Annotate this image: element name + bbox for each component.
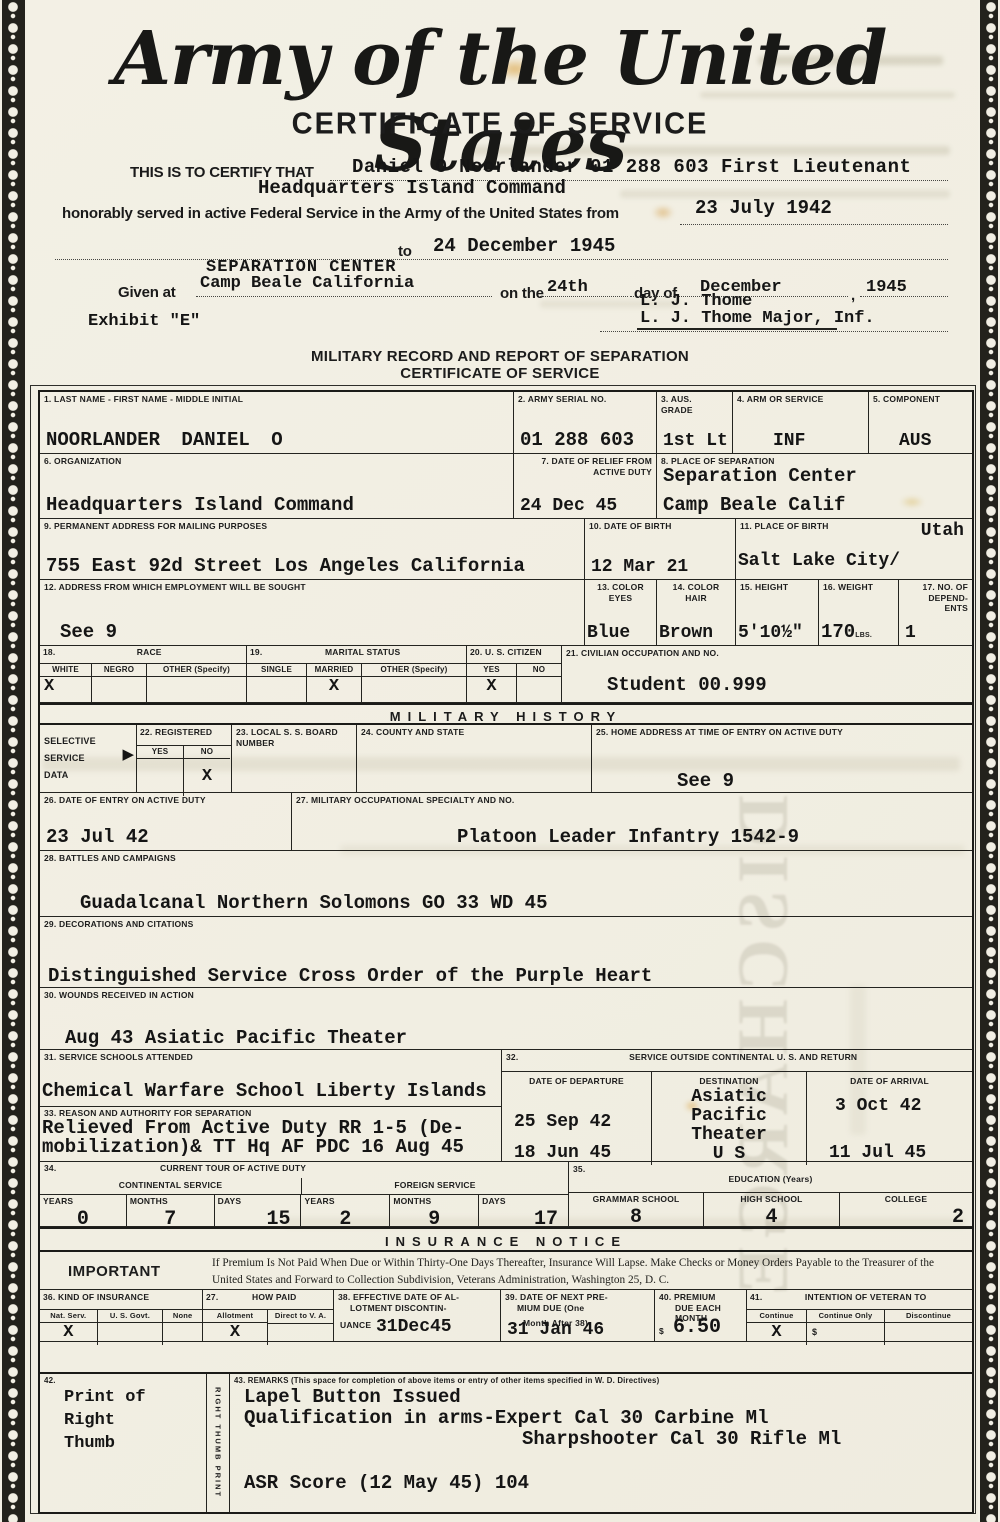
discontinuance-date-value: 31Dec45: [376, 1317, 452, 1337]
on-the-label: on the: [500, 285, 544, 302]
field-height: 15. HEIGHT 5'10½": [736, 580, 819, 645]
registered-no: NOX: [184, 746, 230, 796]
for-days: DAYS17: [479, 1195, 568, 1228]
ins-nat-serv-mark: X: [40, 1323, 97, 1342]
field-civilian-occupation: 21. CIVILIAN OCCUPATION AND NO. Student …: [562, 646, 972, 702]
field-weight: 16. WEIGHT 170LBS.: [819, 580, 899, 645]
important-line2: United States and Forward to Collection …: [212, 1272, 970, 1289]
citizen-yes-mark: X: [467, 677, 516, 696]
dotted-line: [540, 296, 628, 297]
arm-service-value: INF: [773, 431, 805, 451]
marital-married: MARRIEDX: [307, 664, 362, 704]
field-thumb-print: 42. Print of Right Thumb: [40, 1374, 207, 1512]
departure-1: 25 Sep 42: [514, 1112, 611, 1132]
serial-no-value: 01 288 603: [520, 429, 634, 451]
signature-underline: [637, 328, 837, 330]
field-effective-date-discontinuance: 38. EFFECTIVE DATE OF AL- LOTMENT DISCON…: [334, 1290, 501, 1341]
field-service-outside-us: 32.SERVICE OUTSIDE CONTINENTAL U. S. AND…: [502, 1050, 972, 1161]
weight-unit: LBS.: [855, 632, 872, 639]
important-notice: IMPORTANT If Premium Is Not Paid When Du…: [40, 1252, 972, 1289]
field-dependents: 17. NO. OF DEPEND- ENTS 1: [899, 580, 972, 645]
race-negro: NEGRO: [92, 664, 147, 704]
wounds-value: Aug 43 Asiatic Pacific Theater: [65, 1027, 407, 1049]
paid-direct-va: Direct to V. A.: [268, 1310, 333, 1345]
field-intention-of-veteran: 41.INTENTION OF VETERAN TO ContinueX Con…: [747, 1290, 972, 1341]
dotted-line: [55, 259, 948, 260]
field-date-entry-active-duty: 26. DATE OF ENTRY ON ACTIVE DUTY 23 Jul …: [40, 793, 292, 850]
place-line2: Camp Beale California: [200, 274, 414, 293]
edu-high-school: HIGH SCHOOL4: [704, 1193, 840, 1226]
color-hair-value: Brown: [659, 623, 713, 643]
field-race: 18.RACE WHITEX NEGRO OTHER (Specify): [40, 646, 247, 702]
organization-value: Headquarters Island Command: [46, 494, 354, 516]
separation-form-table: 1. LAST NAME - FIRST NAME - MIDDLE INITI…: [38, 390, 974, 1514]
field-local-board: 23. LOCAL S. S. BOARD NUMBER: [232, 725, 357, 792]
home-address-value: See 9: [677, 770, 734, 792]
permanent-address-value: 755 East 92d Street Los Angeles Californ…: [46, 555, 525, 577]
arrival-column: DATE OF ARRIVAL 3 Oct 42 11 Jul 45: [807, 1072, 972, 1165]
field-color-hair: 14. COLOR HAIR Brown: [657, 580, 736, 645]
reason-line2: mobilization)& TT Hq AF PDC 16 Aug 45: [42, 1136, 464, 1158]
dependents-value: 1: [905, 623, 916, 643]
certificate-of-service-document: DISCHARGE Army of the United States CERT…: [0, 0, 1000, 1522]
field-date-relief: 7. DATE OF RELIEF FROM ACTIVE DUTY 24 De…: [514, 454, 657, 518]
day-value: 24th: [547, 278, 588, 297]
premium-value: 6.50: [673, 1316, 721, 1339]
destination-4: U S: [652, 1145, 806, 1164]
dotted-line: [600, 331, 948, 332]
continental-service-header: CONTINENTAL SERVICE: [40, 1178, 302, 1194]
section-title-2: CERTIFICATE OF SERVICE: [0, 365, 1000, 382]
service-from-date: 23 July 1942: [695, 197, 832, 219]
destination-column: DESTINATION Asiatic Pacific Theater U S: [652, 1072, 807, 1165]
field-next-premium-due: 39. DATE OF NEXT PRE- MIUM DUE (One Mont…: [501, 1290, 655, 1341]
field-reason-separation: 33. REASON AND AUTHORITY FOR SEPARATION …: [40, 1107, 501, 1162]
thumb-line1: Print of: [64, 1386, 146, 1409]
for-months: MONTHS9: [390, 1195, 479, 1228]
empty-strip: [40, 1342, 972, 1374]
field-serial-no: 2. ARMY SERIAL NO. 01 288 603: [514, 392, 657, 453]
service-schools-value: Chemical Warfare School Liberty Islands: [42, 1080, 487, 1102]
continue-only-dollar: $: [807, 1323, 884, 1338]
paid-allotment-mark: X: [203, 1323, 267, 1342]
right-guilloche-border: [978, 0, 1000, 1522]
race-white: WHITEX: [40, 664, 92, 704]
destination-1: Asiatic: [652, 1088, 806, 1107]
field-organization: 6. ORGANIZATION Headquarters Island Comm…: [40, 454, 514, 518]
field-home-address-entry: 25. HOME ADDRESS AT TIME OF ENTRY ON ACT…: [592, 725, 972, 792]
intent-discontinue: Discontinue: [885, 1310, 972, 1345]
place-birth-state: Utah: [921, 521, 964, 541]
intent-continue-mark: X: [747, 1323, 806, 1342]
document-subtitle: CERTIFICATE OF SERVICE: [0, 107, 1000, 141]
military-history-band: MILITARY HISTORY: [40, 703, 972, 725]
dotted-line: [196, 296, 492, 297]
insurance-notice-band: INSURANCE NOTICE: [40, 1227, 972, 1252]
dollar-sign: $: [659, 1326, 664, 1337]
service-to-date: 24 December 1945: [433, 235, 615, 257]
ins-nat-serv: Nat. Serv.X: [40, 1310, 98, 1345]
section-title-1: MILITARY RECORD AND REPORT OF SEPARATION: [0, 348, 1000, 365]
cont-months: MONTHS7: [127, 1195, 215, 1228]
thumb-line3: Thumb: [64, 1432, 146, 1455]
color-eyes-value: Blue: [587, 623, 630, 643]
selective-service-label: SELECTIVE SERVICE DATA ▶: [40, 725, 137, 792]
left-service-column: 31. SERVICE SCHOOLS ATTENDED Chemical Wa…: [40, 1050, 502, 1161]
left-guilloche-border: [0, 0, 27, 1522]
field-kind-of-insurance: 36. KIND OF INSURANCE Nat. Serv.X U. S. …: [40, 1290, 203, 1341]
field-remarks: 43. REMARKS (This space for completion o…: [230, 1374, 972, 1512]
given-at-label: Given at: [118, 284, 176, 301]
field-how-paid: 27.HOW PAID AllotmentX Direct to V. A.: [203, 1290, 334, 1341]
year-value: 1945: [866, 278, 907, 297]
intent-continue-only: Continue Only$: [807, 1310, 885, 1345]
field-color-eyes: 13. COLOR EYES Blue: [585, 580, 657, 645]
registered-no-mark: X: [184, 767, 230, 786]
field-component: 5. COMPONENT AUS: [869, 392, 972, 453]
field-decorations: 29. DECORATIONS AND CITATIONS Distinguis…: [40, 917, 972, 987]
arrow-right-icon: ▶: [122, 745, 134, 763]
date-relief-value: 24 Dec 45: [520, 496, 617, 516]
destination-2: Pacific: [652, 1107, 806, 1126]
occupation-value: Student 00.999: [607, 674, 767, 696]
departure-column: DATE OF DEPARTURE 25 Sep 42 18 Jun 45: [502, 1072, 652, 1165]
field-last-name: 1. LAST NAME - FIRST NAME - MIDDLE INITI…: [40, 392, 514, 453]
right-thumb-print-vertical-label: RIGHT THUMB PRINT: [207, 1374, 229, 1512]
date-of-birth-value: 12 Mar 21: [591, 557, 688, 577]
weight-value: 170: [821, 621, 855, 643]
arrival-2: 11 Jul 45: [829, 1143, 926, 1163]
field-place-of-birth: 11. PLACE OF BIRTH Utah Salt Lake City/: [736, 519, 972, 579]
mos-value: Platoon Leader Infantry 1542-9: [457, 826, 799, 848]
dotted-line: [860, 296, 948, 297]
important-line1: If Premium Is Not Paid When Due or Withi…: [212, 1255, 970, 1272]
next-premium-value: 31 Jan 46: [507, 1320, 604, 1340]
certified-org-value: Headquarters Island Command: [258, 177, 566, 199]
edu-college: COLLEGE2: [840, 1193, 972, 1226]
remarks-line3: Sharpshooter Cal 30 Rifle Ml: [522, 1428, 841, 1450]
date-entry-value: 23 Jul 42: [46, 826, 149, 848]
marital-other: OTHER (Specify): [362, 664, 466, 704]
field-grade: 3. AUS. GRADE 1st Lt: [657, 392, 733, 453]
paid-allotment: AllotmentX: [203, 1310, 268, 1345]
remarks-line2: Qualification in arms-Expert Cal 30 Carb…: [244, 1407, 769, 1429]
served-label: honorably served in active Federal Servi…: [62, 205, 619, 222]
field-service-schools: 31. SERVICE SCHOOLS ATTENDED Chemical Wa…: [40, 1050, 501, 1107]
intent-continue: ContinueX: [747, 1310, 807, 1345]
field-us-citizen: 20. U. S. CITIZEN YESX NO: [467, 646, 562, 702]
stain: [652, 205, 674, 220]
to-label: to: [398, 243, 412, 260]
field-marital-status: 19.MARITAL STATUS SINGLE MARRIEDX OTHER …: [247, 646, 467, 702]
foreign-service-header: FOREIGN SERVICE: [302, 1178, 568, 1194]
ins-none: None: [163, 1310, 202, 1345]
employment-address-value: See 9: [60, 621, 117, 643]
field-place-of-separation: 8. PLACE OF SEPARATION Separation Center…: [657, 454, 972, 518]
place-sep-line2: Camp Beale Calif: [663, 494, 845, 516]
arrival-1: 3 Oct 42: [835, 1096, 921, 1116]
destination-3: Theater: [652, 1126, 806, 1145]
field-date-of-birth: 10. DATE OF BIRTH 12 Mar 21: [585, 519, 736, 579]
for-years: YEARS2: [301, 1195, 390, 1228]
exhibit-label: Exhibit "E": [88, 312, 200, 331]
field-education: 35. EDUCATION (Years) GRAMMAR SCHOOL8 HI…: [569, 1162, 972, 1226]
field-current-tour: 34.CURRENT TOUR OF ACTIVE DUTY CONTINENT…: [40, 1162, 569, 1226]
component-value: AUS: [899, 431, 931, 451]
grade-value: 1st Lt: [663, 431, 728, 451]
height-value: 5'10½": [738, 623, 803, 643]
citizen-yes: YESX: [467, 664, 517, 704]
dotted-line: [680, 224, 948, 225]
place-sep-line1: Separation Center: [663, 465, 857, 487]
ins-us-govt: U. S. Govt.: [98, 1310, 164, 1345]
marital-single: SINGLE: [247, 664, 307, 704]
field-registered: 22. REGISTERED YES NOX: [137, 725, 232, 792]
cont-days: DAYS15: [215, 1195, 302, 1228]
remarks-line4: ASR Score (12 May 45) 104: [244, 1472, 529, 1494]
important-label: IMPORTANT: [68, 1263, 161, 1280]
certified-name-value: Daniel O Noorlander 01 288 603 First Lie…: [352, 156, 911, 178]
field-battles-campaigns: 28. BATTLES AND CAMPAIGNS Guadalcanal No…: [40, 851, 972, 916]
comma-label: ,: [851, 287, 855, 304]
field-county-state: 24. COUNTY AND STATE: [357, 725, 592, 792]
thumb-strip: RIGHT THUMB PRINT: [207, 1374, 230, 1512]
decorations-value: Distinguished Service Cross Order of the…: [48, 965, 652, 987]
registered-yes: YES: [137, 746, 184, 796]
remarks-line1: Lapel Button Issued: [244, 1386, 461, 1408]
marital-married-mark: X: [307, 677, 361, 696]
last-name-value: NOORLANDER DANIEL O: [46, 429, 283, 451]
race-white-mark: X: [40, 677, 91, 696]
field-employment-address: 12. ADDRESS FROM WHICH EMPLOYMENT WILL B…: [40, 580, 585, 645]
field-mos: 27. MILITARY OCCUPATIONAL SPECIALTY AND …: [292, 793, 972, 850]
cont-years: YEARS0: [40, 1195, 127, 1228]
departure-2: 18 Jun 45: [514, 1143, 611, 1163]
edu-grammar: GRAMMAR SCHOOL8: [569, 1193, 704, 1226]
place-birth-city: Salt Lake City/: [738, 551, 900, 571]
race-other: OTHER (Specify): [147, 664, 246, 704]
signature-name-rank: L. J. Thome Major, Inf.: [640, 309, 875, 328]
field-arm-or-service: 4. ARM OR SERVICE INF: [733, 392, 869, 453]
field-premium-due-each-month: 40. PREMIUM DUE EACH MONTH $ 6.50: [655, 1290, 747, 1341]
field-wounds: 30. WOUNDS RECEIVED IN ACTION Aug 43 Asi…: [40, 988, 972, 1049]
citizen-no: NO: [517, 664, 561, 704]
battles-value: Guadalcanal Northern Solomons GO 33 WD 4…: [80, 892, 547, 914]
field-permanent-address: 9. PERMANENT ADDRESS FOR MAILING PURPOSE…: [40, 519, 585, 579]
thumb-line2: Right: [64, 1409, 146, 1432]
